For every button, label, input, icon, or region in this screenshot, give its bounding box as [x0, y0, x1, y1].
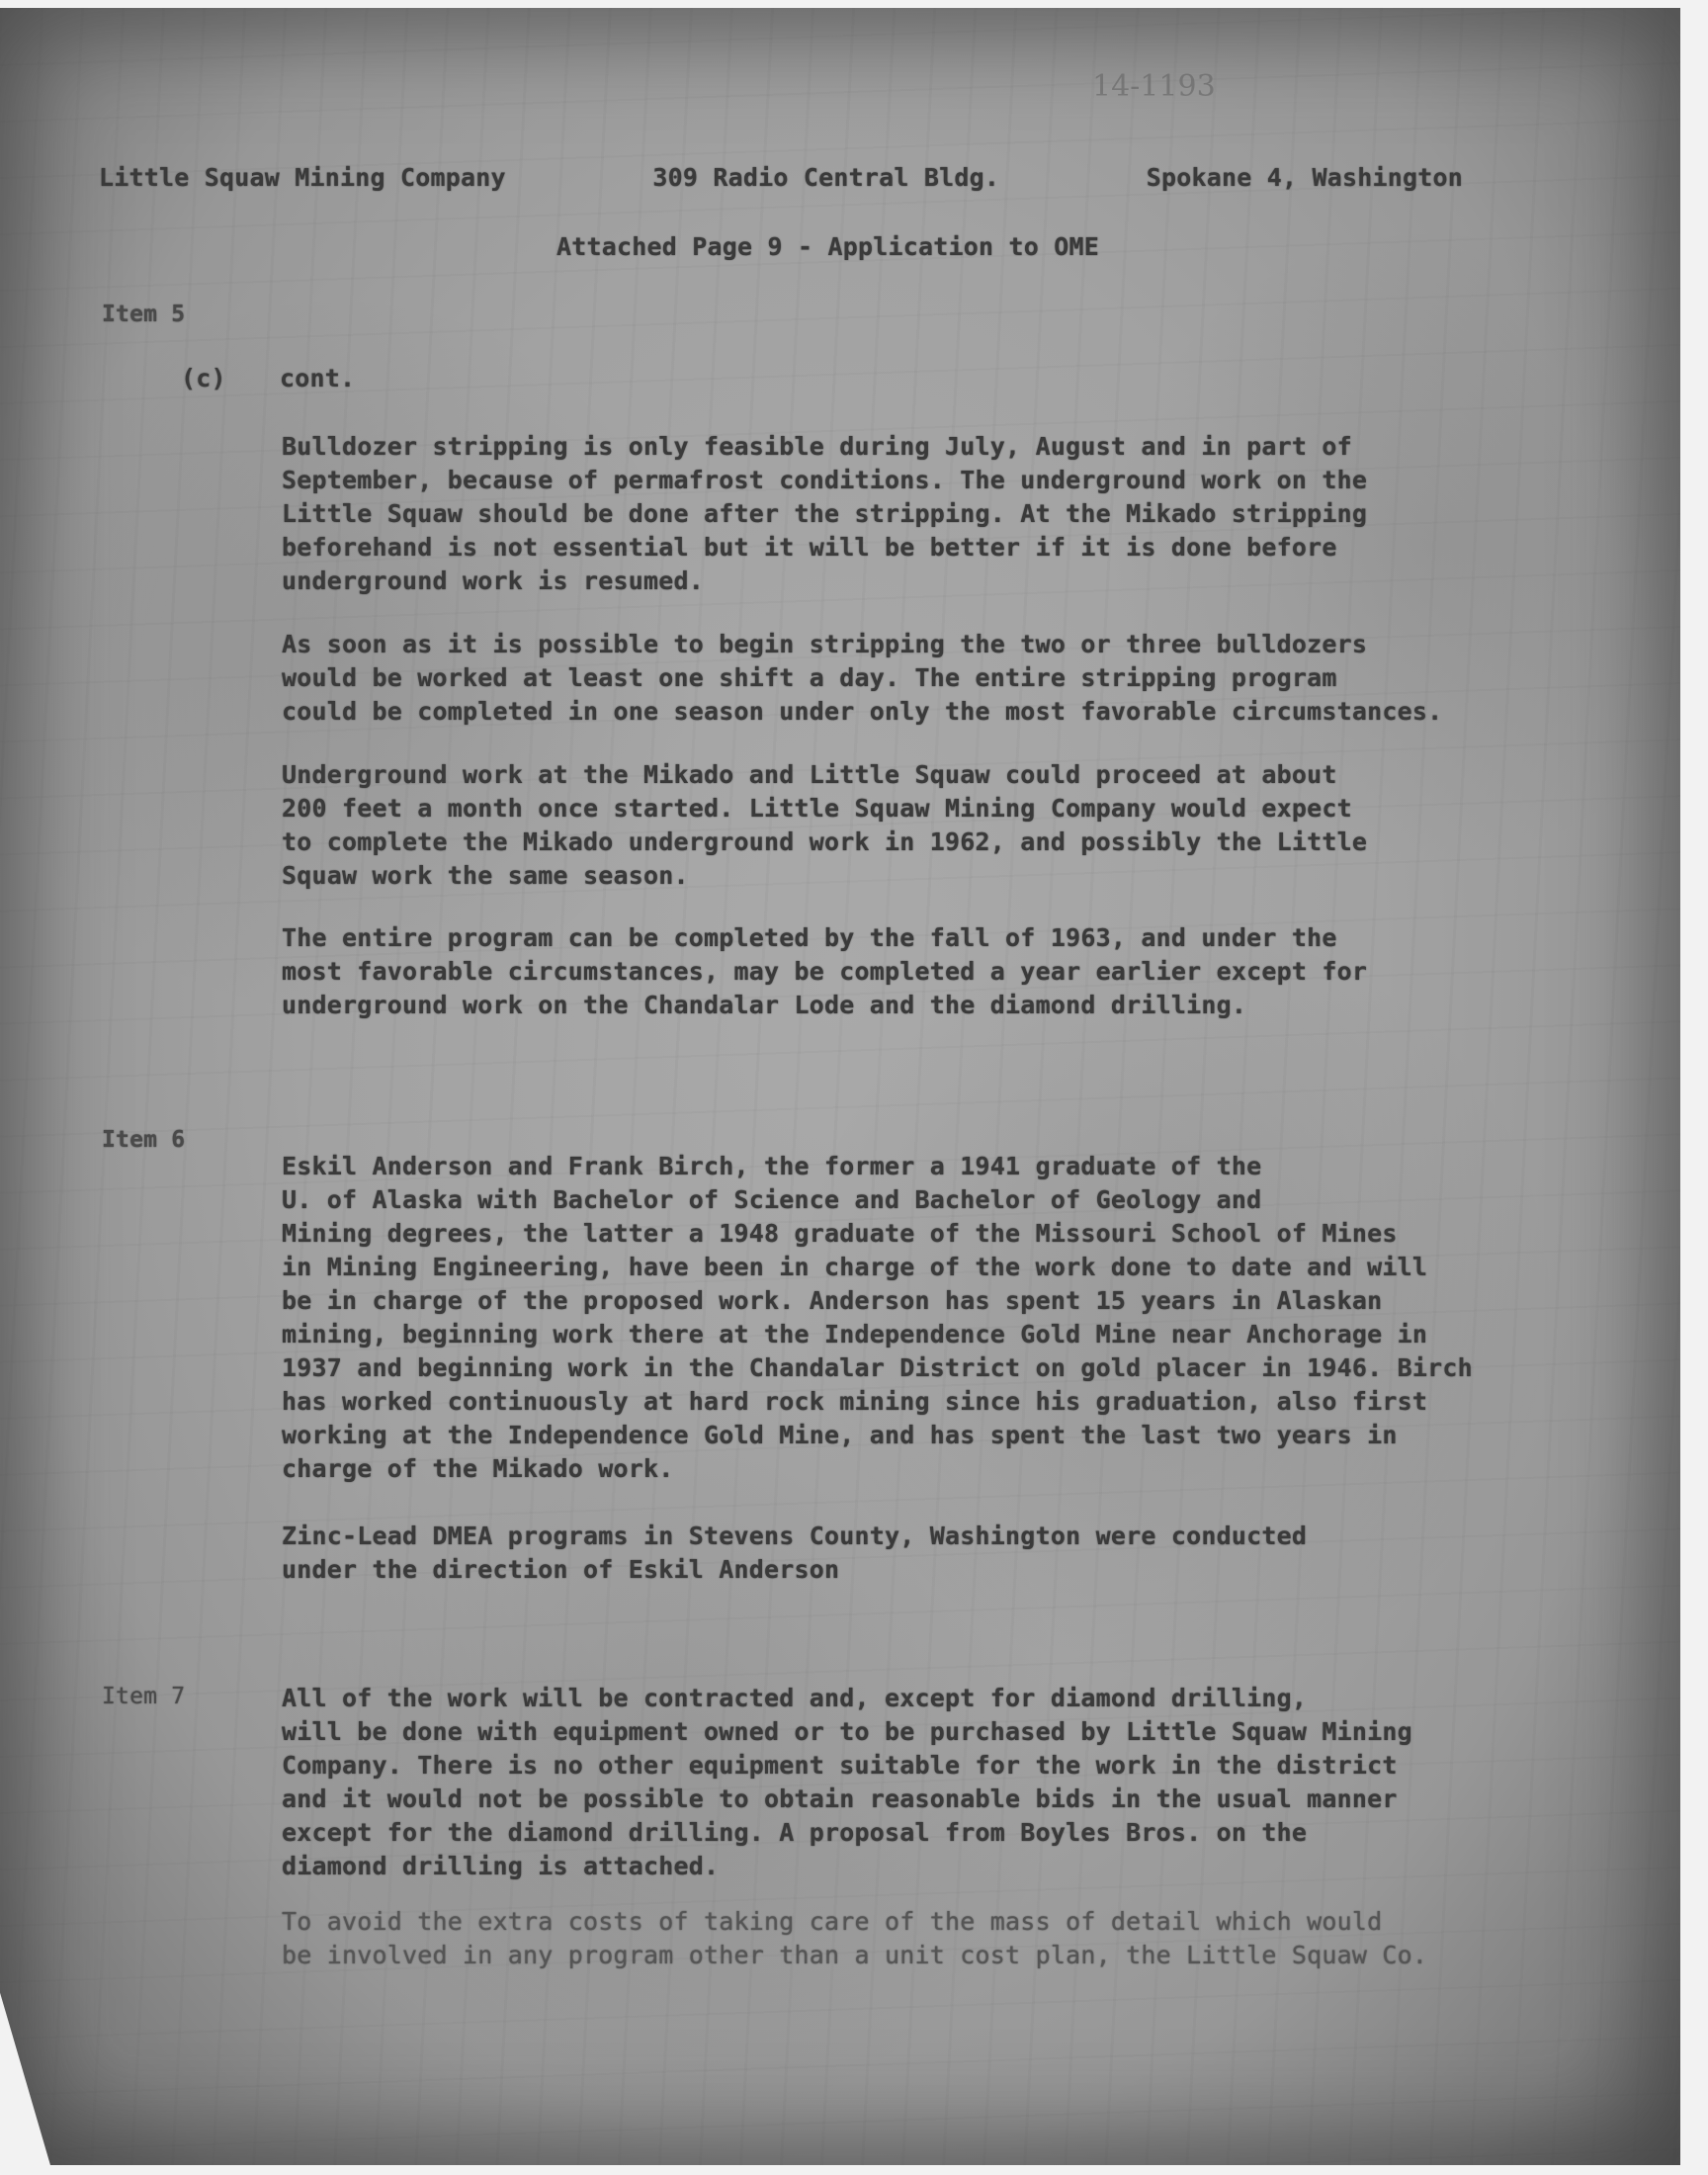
text-line: beforehand is not essential but it will … [282, 533, 1337, 562]
text-line: As soon as it is possible to begin strip… [282, 630, 1367, 658]
item-7-label: Item 7 [102, 1684, 185, 1709]
item-5-paragraph-1: Bulldozer stripping is only feasible dur… [282, 430, 1367, 598]
item-7-paragraph-2: To avoid the extra costs of taking care … [282, 1905, 1427, 1972]
text-line: 1937 and beginning work in the Chandalar… [282, 1353, 1473, 1382]
page-title: Attached Page 9 - Application to OME [556, 232, 1099, 261]
letterhead: Little Squaw Mining Company 309 Radio Ce… [99, 163, 1463, 192]
item-6-paragraph-1: Eskil Anderson and Frank Birch, the form… [282, 1150, 1473, 1486]
text-line: To avoid the extra costs of taking care … [282, 1907, 1382, 1936]
text-line: except for the diamond drilling. A propo… [282, 1818, 1307, 1847]
item-6-label: Item 6 [102, 1127, 185, 1153]
company-name: Little Squaw Mining Company [99, 163, 506, 192]
item-5-paragraph-4: The entire program can be completed by t… [282, 921, 1367, 1022]
text-line: September, because of permafrost conditi… [282, 466, 1367, 494]
company-address: 309 Radio Central Bldg. [652, 163, 999, 192]
text-line: All of the work will be contracted and, … [282, 1684, 1307, 1712]
company-city: Spokane 4, Washington [1147, 163, 1463, 192]
text-line: be in charge of the proposed work. Ander… [282, 1286, 1382, 1315]
item-5-paragraph-3: Underground work at the Mikado and Littl… [282, 758, 1367, 893]
text-line: would be worked at least one shift a day… [282, 663, 1337, 692]
item-6-paragraph-2: Zinc-Lead DMEA programs in Stevens Count… [282, 1520, 1307, 1587]
text-line: will be done with equipment owned or to … [282, 1717, 1412, 1746]
text-line: 200 feet a month once started. Little Sq… [282, 794, 1352, 823]
text-line: working at the Independence Gold Mine, a… [282, 1421, 1398, 1449]
text-line: could be completed in one season under o… [282, 697, 1442, 726]
text-line: Bulldozer stripping is only feasible dur… [282, 432, 1352, 461]
item-5-label: Item 5 [102, 302, 185, 327]
text-line: most favorable circumstances, may be com… [282, 957, 1367, 986]
text-line: has worked continuously at hard rock min… [282, 1387, 1427, 1416]
item-5-sub-title: cont. [280, 364, 355, 392]
text-line: Little Squaw should be done after the st… [282, 499, 1367, 528]
text-line: be involved in any program other than a … [282, 1941, 1427, 1969]
text-line: diamond drilling is attached. [282, 1852, 719, 1880]
text-line: U. of Alaska with Bachelor of Science an… [282, 1185, 1261, 1214]
text-line: underground work is resumed. [282, 566, 704, 595]
text-line: in Mining Engineering, have been in char… [282, 1253, 1427, 1281]
text-line: Eskil Anderson and Frank Birch, the form… [282, 1152, 1261, 1180]
text-line: and it would not be possible to obtain r… [282, 1784, 1398, 1813]
text-line: The entire program can be completed by t… [282, 923, 1337, 952]
handwritten-file-number: 14-1193 [1092, 69, 1216, 104]
item-7-paragraph-1: All of the work will be contracted and, … [282, 1682, 1412, 1883]
text-line: Company. There is no other equipment sui… [282, 1751, 1398, 1780]
item-5-paragraph-2: As soon as it is possible to begin strip… [282, 628, 1442, 729]
text-line: mining, beginning work there at the Inde… [282, 1320, 1427, 1348]
item-5-sub-label: (c) [181, 364, 226, 392]
text-line: Underground work at the Mikado and Littl… [282, 760, 1337, 789]
text-line: Squaw work the same season. [282, 861, 689, 890]
text-line: charge of the Mikado work. [282, 1454, 674, 1483]
text-line: to complete the Mikado underground work … [282, 827, 1367, 856]
text-line: Zinc-Lead DMEA programs in Stevens Count… [282, 1522, 1307, 1550]
text-line: under the direction of Eskil Anderson [282, 1555, 839, 1584]
text-line: underground work on the Chandalar Lode a… [282, 991, 1246, 1019]
text-line: Mining degrees, the latter a 1948 gradua… [282, 1219, 1398, 1248]
